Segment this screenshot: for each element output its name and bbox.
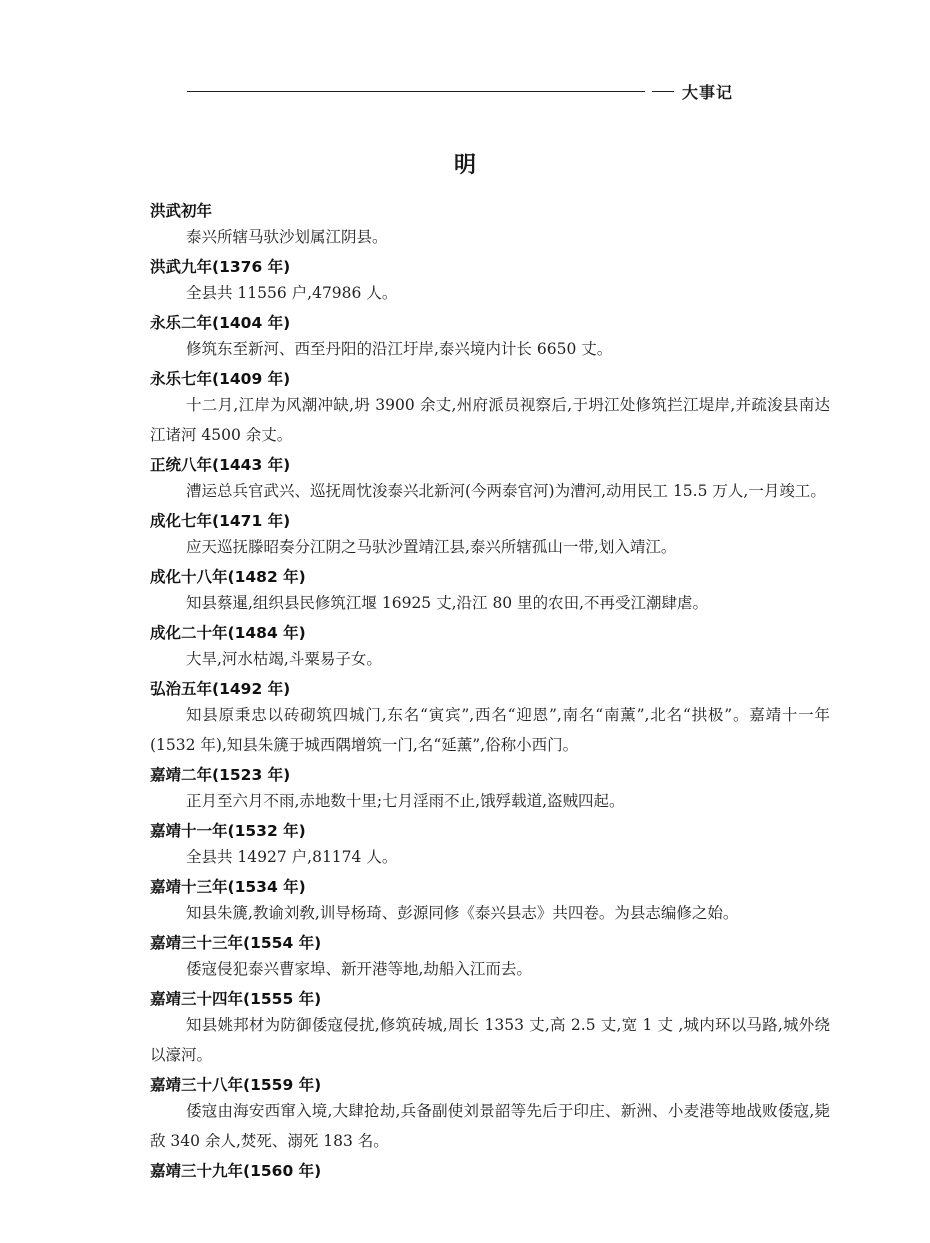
entry-body: 知县姚邦材为防御倭寇侵扰,修筑砖城,周长 1353 丈,高 2.5 丈,宽 1 … bbox=[150, 1010, 830, 1070]
entry: 弘治五年(1492 年) 知县原秉忠以砖砌筑四城门,东名“寅宾”,西名“迎恩”,… bbox=[150, 678, 830, 760]
entry: 嘉靖三十四年(1555 年) 知县姚邦材为防御倭寇侵扰,修筑砖城,周长 1353… bbox=[150, 988, 830, 1070]
entry-body: 知县朱篪,教谕刘敎,训导杨琦、彭源同修《泰兴县志》共四卷。为县志编修之始。 bbox=[150, 898, 830, 928]
entry: 嘉靖二年(1523 年) 正月至六月不雨,赤地数十里;七月淫雨不止,饿殍载道,盗… bbox=[150, 764, 830, 816]
entry-body: 正月至六月不雨,赤地数十里;七月淫雨不止,饿殍载道,盗贼四起。 bbox=[150, 786, 830, 816]
entry: 洪武初年 泰兴所辖马驮沙划属江阴县。 bbox=[150, 200, 830, 252]
entry: 嘉靖十三年(1534 年) 知县朱篪,教谕刘敎,训导杨琦、彭源同修《泰兴县志》共… bbox=[150, 876, 830, 928]
entry-body: 十二月,江岸为风潮冲缺,坍 3900 余丈,州府派员视察后,于坍江处修筑拦江堤岸… bbox=[150, 390, 830, 450]
entry-body: 全县共 14927 户,81174 人。 bbox=[150, 842, 830, 872]
entry: 永乐七年(1409 年) 十二月,江岸为风潮冲缺,坍 3900 余丈,州府派员视… bbox=[150, 368, 830, 450]
entry-body: 倭寇侵犯泰兴曹家埠、新开港等地,劫船入江而去。 bbox=[150, 954, 830, 984]
entry-heading: 成化十八年(1482 年) bbox=[150, 566, 830, 588]
entry: 嘉靖三十三年(1554 年) 倭寇侵犯泰兴曹家埠、新开港等地,劫船入江而去。 bbox=[150, 932, 830, 984]
entry-heading: 嘉靖三十三年(1554 年) bbox=[150, 932, 830, 954]
entry-heading: 嘉靖二年(1523 年) bbox=[150, 764, 830, 786]
entry: 嘉靖三十九年(1560 年) bbox=[150, 1160, 830, 1182]
entry-heading: 嘉靖三十九年(1560 年) bbox=[150, 1160, 830, 1182]
entry-heading: 嘉靖三十四年(1555 年) bbox=[150, 988, 830, 1010]
entry: 永乐二年(1404 年) 修筑东至新河、西至丹阳的沿江圩岸,泰兴境内计长 665… bbox=[150, 312, 830, 364]
entry-body: 漕运总兵官武兴、巡抚周忱浚泰兴北新河(今两泰官河)为漕河,动用民工 15.5 万… bbox=[150, 476, 830, 506]
entry-body: 应天巡抚滕昭奏分江阴之马驮沙置靖江县,泰兴所辖孤山一带,划入靖江。 bbox=[150, 532, 830, 562]
entry-body: 修筑东至新河、西至丹阳的沿江圩岸,泰兴境内计长 6650 丈。 bbox=[150, 334, 830, 364]
chronicle-entries: 洪武初年 泰兴所辖马驮沙划属江阴县。 洪武九年(1376 年) 全县共 1155… bbox=[150, 200, 830, 1184]
entry-body: 大旱,河水枯竭,斗粟易子女。 bbox=[150, 644, 830, 674]
entry-heading: 嘉靖三十八年(1559 年) bbox=[150, 1074, 830, 1096]
entry-heading: 弘治五年(1492 年) bbox=[150, 678, 830, 700]
entry-heading: 嘉靖十一年(1532 年) bbox=[150, 820, 830, 842]
entry: 嘉靖三十八年(1559 年) 倭寇由海安西窜入境,大肆抢劫,兵备副使刘景韶等先后… bbox=[150, 1074, 830, 1156]
entry: 成化二十年(1484 年) 大旱,河水枯竭,斗粟易子女。 bbox=[150, 622, 830, 674]
entry-body: 知县蔡暹,组织县民修筑江堰 16925 丈,沿江 80 里的农田,不再受江潮肆虐… bbox=[150, 588, 830, 618]
running-head: 大事记 bbox=[682, 80, 733, 103]
header-dash bbox=[652, 91, 674, 92]
entry-body: 泰兴所辖马驮沙划属江阴县。 bbox=[150, 222, 830, 252]
entry-heading: 正统八年(1443 年) bbox=[150, 454, 830, 476]
entry-heading: 嘉靖十三年(1534 年) bbox=[150, 876, 830, 898]
entry: 嘉靖十一年(1532 年) 全县共 14927 户,81174 人。 bbox=[150, 820, 830, 872]
header-rule bbox=[187, 91, 645, 92]
entry: 正统八年(1443 年) 漕运总兵官武兴、巡抚周忱浚泰兴北新河(今两泰官河)为漕… bbox=[150, 454, 830, 506]
entry-heading: 成化二十年(1484 年) bbox=[150, 622, 830, 644]
entry-heading: 洪武九年(1376 年) bbox=[150, 256, 830, 278]
entry: 洪武九年(1376 年) 全县共 11556 户,47986 人。 bbox=[150, 256, 830, 308]
entry-heading: 永乐七年(1409 年) bbox=[150, 368, 830, 390]
entry-heading: 洪武初年 bbox=[150, 200, 830, 222]
entry-heading: 永乐二年(1404 年) bbox=[150, 312, 830, 334]
dynasty-title: 明 bbox=[0, 148, 930, 179]
entry-body: 倭寇由海安西窜入境,大肆抢劫,兵备副使刘景韶等先后于印庄、新洲、小麦港等地战败倭… bbox=[150, 1096, 830, 1156]
entry: 成化七年(1471 年) 应天巡抚滕昭奏分江阴之马驮沙置靖江县,泰兴所辖孤山一带… bbox=[150, 510, 830, 562]
entry-heading: 成化七年(1471 年) bbox=[150, 510, 830, 532]
entry: 成化十八年(1482 年) 知县蔡暹,组织县民修筑江堰 16925 丈,沿江 8… bbox=[150, 566, 830, 618]
entry-body: 知县原秉忠以砖砌筑四城门,东名“寅宾”,西名“迎恩”,南名“南薰”,北名“拱极”… bbox=[150, 700, 830, 760]
entry-body: 全县共 11556 户,47986 人。 bbox=[150, 278, 830, 308]
